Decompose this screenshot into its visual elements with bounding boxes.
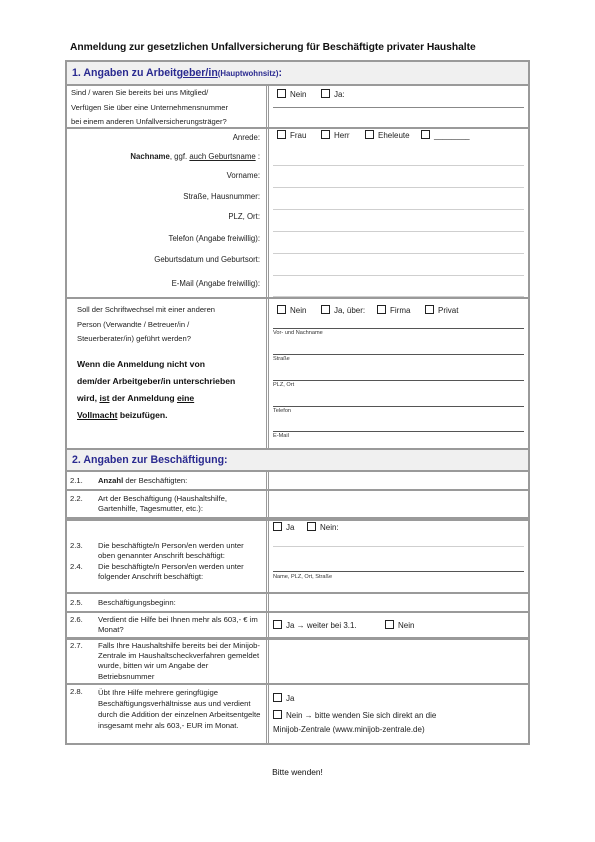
contact-name-caption: Vor- und Nachname — [273, 330, 323, 336]
section-1-heading-colon: : — [278, 67, 282, 79]
item-text: Verdient die Hilfe bei Ihnen mehr als 60… — [98, 615, 262, 635]
contact-plz-input-line[interactable] — [273, 380, 524, 381]
anrede-herr-option[interactable]: Herr — [321, 130, 350, 140]
membership-nein-option[interactable]: Nein — [277, 89, 306, 99]
geburtsdatum-label: Geburtsdatum und Geburtsort: — [154, 255, 260, 264]
nachname-bold: Nachname — [130, 152, 169, 161]
multiple-jobs-nein-option[interactable]: Nein → bitte wenden Sie sich direkt an d… — [273, 710, 436, 720]
checkbox[interactable] — [277, 89, 286, 98]
telefon-label: Telefon (Angabe freiwillig): — [169, 234, 260, 243]
checkbox[interactable] — [385, 620, 394, 629]
section-1-heading: 1. Angaben zu Arbeitgeber/in (Hauptwohns… — [67, 62, 528, 84]
note-underlined: ist — [99, 393, 109, 403]
option-label: Nein → bitte wenden Sie sich direkt an d… — [286, 711, 436, 720]
betriebsnummer-input[interactable] — [269, 640, 528, 683]
form-table: 1. Angaben zu Arbeitgeber/in (Hauptwohns… — [65, 60, 530, 745]
section-2-heading: 2. Angaben zur Beschäftigung: — [67, 448, 528, 470]
anzahl-input[interactable] — [269, 472, 528, 489]
item-text: Die beschäftigte/n Person/en werden unte… — [98, 562, 262, 582]
checkbox[interactable] — [273, 522, 282, 531]
strasse-label: Straße, Hausnummer: — [183, 192, 260, 201]
anrede-eheleute-option[interactable]: Eheleute — [365, 130, 410, 140]
correspondence-question-line-2: Person (Verwandte / Betreuer/in / — [77, 318, 266, 333]
note-line-1: Wenn die Anmeldung nicht von — [77, 356, 235, 373]
checkbox[interactable] — [321, 305, 330, 314]
art-beschaeftigung-input[interactable] — [269, 491, 528, 517]
correspondence-question-line-1: Soll der Schriftwechsel mit einer andere… — [77, 303, 266, 318]
nachname-colon: : — [256, 152, 260, 161]
option-label: Firma — [390, 306, 410, 315]
item-text: Art der Beschäftigung (Haushaltshilfe, G… — [98, 494, 262, 514]
geburtsdatum-input-line[interactable] — [273, 275, 524, 276]
row-2-7: 2.7. Falls Ihre Haushaltshilfe bereits b… — [67, 637, 528, 683]
anrede-frau-option[interactable]: Frau — [277, 130, 306, 140]
correspondence-ja-option[interactable]: Ja, über: — [321, 305, 365, 315]
row-2-6: 2.6. Verdient die Hilfe bei Ihnen mehr a… — [67, 611, 528, 637]
row-2-3-2-4: 2.3. Die beschäftigte/n Person/en werden… — [67, 517, 528, 592]
checkbox[interactable] — [421, 130, 430, 139]
item-text: Falls Ihre Haushaltshilfe bereits bei de… — [98, 641, 262, 682]
item-number: 2.5. — [70, 598, 83, 607]
earnings-nein-option[interactable]: Nein — [385, 620, 414, 630]
note-text: beizufügen. — [117, 410, 167, 420]
note-line-4: Vollmacht beizufügen. — [77, 407, 235, 424]
section-1-heading-suffix: (Hauptwohnsitz) — [218, 69, 279, 78]
correspondence-nein-option[interactable]: Nein — [277, 305, 306, 315]
option-label: Ja — [286, 694, 294, 703]
plz-ort-label: PLZ, Ort: — [228, 212, 260, 221]
nachname-underlined: auch Geburtsname — [189, 152, 255, 161]
note-line-2: dem/der Arbeitgeber/in unterschrieben — [77, 373, 235, 390]
option-label: Privat — [438, 306, 458, 315]
note-text: wird, — [77, 393, 99, 403]
item-number: 2.7. — [70, 641, 83, 650]
checkbox[interactable] — [321, 89, 330, 98]
beschaeftigungsbeginn-input[interactable] — [269, 594, 528, 611]
same-address-ja-option[interactable]: Ja — [273, 522, 294, 532]
section-2-heading-text: 2. Angaben zur Beschäftigung: — [72, 454, 228, 466]
correspondence-privat-option[interactable]: Privat — [425, 305, 458, 315]
plz-ort-input-line[interactable] — [273, 231, 524, 232]
option-label: Frau — [290, 131, 306, 140]
checkbox[interactable] — [307, 522, 316, 531]
option-label: Eheleute — [378, 131, 410, 140]
minijob-zentrale-note: Minijob-Zentrale (www.minijob-zentrale.d… — [273, 725, 425, 734]
email-label: E-Mail (Angabe freiwillig): — [172, 279, 260, 288]
contact-phone-caption: Telefon — [273, 408, 291, 414]
option-label: Ja: — [334, 90, 345, 99]
section-1-heading-underlined: geber/in — [177, 67, 218, 79]
form-title: Anmeldung zur gesetzlichen Unfallversich… — [70, 42, 540, 53]
page-footer: Bitte wenden! — [0, 767, 595, 777]
row-2-2: 2.2. Art der Beschäftigung (Haushaltshil… — [67, 489, 528, 517]
contact-email-input-line[interactable] — [273, 431, 524, 432]
item-text: Die beschäftigte/n Person/en werden unte… — [98, 541, 262, 561]
item-text: Anzahl der Beschäftigten: — [98, 476, 262, 486]
option-label: Nein: — [320, 523, 339, 532]
contact-street-input-line[interactable] — [273, 354, 524, 355]
option-label: Herr — [334, 131, 350, 140]
note-underlined: Vollmacht — [77, 410, 117, 420]
item-text: Übt Ihre Hilfe mehrere geringfügige Besc… — [98, 687, 262, 731]
vorname-input-line[interactable] — [273, 187, 524, 188]
item-number: 2.3. — [70, 541, 83, 550]
checkbox[interactable] — [273, 693, 282, 702]
checkbox[interactable] — [277, 305, 286, 314]
checkbox[interactable] — [273, 710, 282, 719]
correspondence-firma-option[interactable]: Firma — [377, 305, 410, 315]
note-text: der Anmeldung — [109, 393, 176, 403]
checkbox[interactable] — [425, 305, 434, 314]
work-address-input-line-1[interactable] — [273, 546, 524, 547]
membership-number-input-line[interactable] — [273, 107, 524, 108]
same-address-nein-option[interactable]: Nein: — [307, 522, 339, 532]
personal-data-row: Anrede: Nachname, ggf. auch Geburtsname … — [67, 127, 528, 297]
checkbox[interactable] — [273, 620, 282, 629]
item-text-bold: Anzahl — [98, 476, 123, 485]
contact-plz-caption: PLZ, Ort — [273, 382, 294, 388]
contact-name-input-line[interactable] — [273, 328, 524, 329]
option-label: Nein — [290, 306, 306, 315]
item-number: 2.4. — [70, 562, 83, 571]
row-2-8: 2.8. Übt Ihre Hilfe mehrere geringfügige… — [67, 683, 528, 743]
item-number: 2.1. — [70, 476, 83, 485]
option-label: Ja, über: — [334, 306, 365, 315]
vorname-label: Vorname: — [227, 171, 260, 180]
correspondence-question-line-3: Steuerberater/in) geführt werden? — [77, 332, 266, 347]
option-label: Nein — [398, 621, 414, 630]
checkbox[interactable] — [365, 130, 374, 139]
item-number: 2.8. — [70, 687, 83, 696]
membership-row: Sind / waren Sie bereits bei uns Mitglie… — [67, 84, 528, 127]
work-address-input-line-2[interactable] — [273, 571, 524, 572]
option-label: ________ — [434, 131, 470, 140]
checkbox[interactable] — [277, 130, 286, 139]
row-2-1: 2.1. Anzahl der Beschäftigten: — [67, 470, 528, 489]
contact-email-caption: E-Mail — [273, 433, 289, 439]
option-label: Nein — [290, 90, 306, 99]
work-address-caption: Name, PLZ, Ort, Straße — [273, 574, 332, 580]
earnings-ja-option[interactable]: Ja → weiter bei 3.1. — [273, 620, 357, 630]
anrede-other-option[interactable]: ________ — [421, 130, 470, 140]
item-number: 2.6. — [70, 615, 83, 624]
nachname-mid: , ggf. — [170, 152, 190, 161]
contact-phone-input-line[interactable] — [273, 406, 524, 407]
membership-ja-option[interactable]: Ja: — [321, 89, 345, 99]
item-text-rest: der Beschäftigten: — [123, 476, 187, 485]
telefon-input-line[interactable] — [273, 253, 524, 254]
nachname-label: Nachname, ggf. auch Geburtsname : — [130, 152, 260, 161]
membership-question-line-1: Sind / waren Sie bereits bei uns Mitglie… — [71, 86, 266, 101]
anrede-label: Anrede: — [233, 133, 260, 142]
note-underlined: eine — [177, 393, 194, 403]
option-label: Ja — [286, 523, 294, 532]
row-2-5: 2.5. Beschäftigungsbeginn: — [67, 592, 528, 611]
nachname-input-line[interactable] — [273, 165, 524, 166]
vollmacht-note: Wenn die Anmeldung nicht von dem/der Arb… — [77, 356, 235, 424]
item-text: Beschäftigungsbeginn: — [98, 598, 262, 608]
section-1-heading-text: 1. Angaben zu Arbeit — [72, 67, 177, 79]
item-number: 2.2. — [70, 494, 83, 503]
note-line-3: wird, ist der Anmeldung eine — [77, 390, 235, 407]
correspondence-row: Soll der Schriftwechsel mit einer andere… — [67, 297, 528, 448]
contact-street-caption: Straße — [273, 356, 290, 362]
multiple-jobs-ja-option[interactable]: Ja — [273, 693, 294, 703]
membership-question-line-2: Verfügen Sie über eine Unternehmensnumme… — [71, 101, 266, 116]
option-label: Ja → weiter bei 3.1. — [286, 621, 357, 630]
checkbox[interactable] — [321, 130, 330, 139]
checkbox[interactable] — [377, 305, 386, 314]
strasse-input-line[interactable] — [273, 209, 524, 210]
